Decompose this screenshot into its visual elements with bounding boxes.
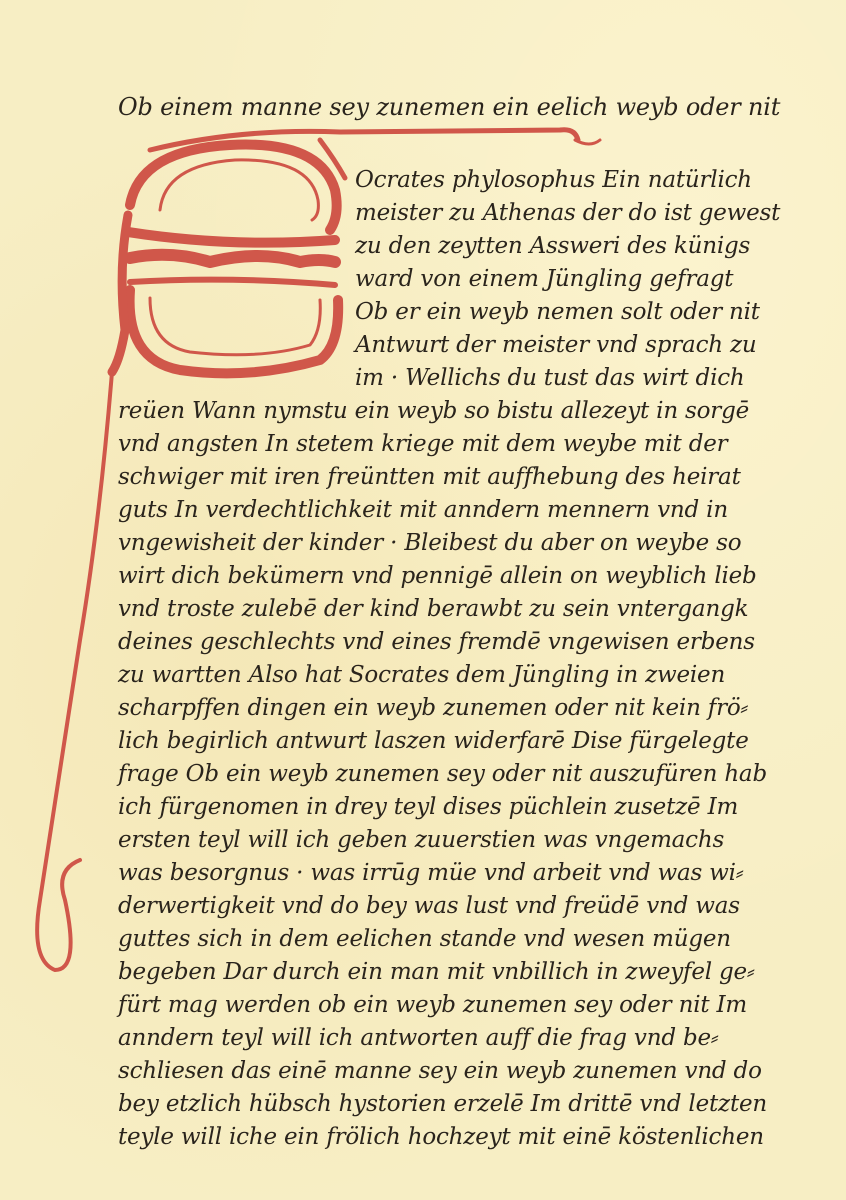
text-line: anndern teyl will ich antworten auff die… [118, 1023, 718, 1053]
text-line: reüen Wann nymstu ein weyb so bistu alle… [118, 396, 749, 426]
text-line: begeben Dar durch ein man mit vnbillich … [118, 957, 754, 987]
text-line: vnd angsten In stetem kriege mit dem wey… [118, 429, 727, 459]
text-line: was besorgnus · was irrūg müe vnd arbeit… [118, 858, 743, 888]
text-line: Ob er ein weyb nemen solt oder nit [355, 297, 760, 327]
text-line: wirt dich bekümern vnd pennigē allein on… [118, 561, 757, 591]
text-line: derwertigkeit vnd do bey was lust vnd fr… [118, 891, 740, 921]
text-line: teyle will iche ein frölich hochzeyt mit… [118, 1122, 764, 1152]
heading: Ob einem manne sey zunemen ein eelich we… [118, 92, 780, 122]
text-line: scharpffen dingen ein weyb zunemen oder … [118, 693, 748, 723]
text-line: lich begirlich antwurt laszen widerfarē … [118, 726, 749, 756]
text-line: zu wartten Also hat Socrates dem Jünglin… [118, 660, 725, 690]
text-line: Ocrates phylosophus Ein natürlich [355, 165, 752, 195]
text-line: vngewisheit der kinder · Bleibest du abe… [118, 528, 741, 558]
text-line: zu den zeytten Assweri des künigs [355, 231, 750, 261]
text-line: im · Wellichs du tust das wirt dich [355, 363, 745, 393]
text-line: guts In verdechtlichkeit mit anndern men… [118, 495, 728, 525]
heading-text: Ob einem manne sey zunemen ein eelich we… [118, 93, 780, 121]
text-line: frage Ob ein weyb zunemen sey oder nit a… [118, 759, 767, 789]
text-line: deines geschlechts vnd eines fremdē vnge… [118, 627, 755, 657]
manuscript-page: Ob einem manne sey zunemen ein eelich we… [0, 0, 846, 1200]
text-line: fürt mag werden ob ein weyb zunemen sey … [118, 990, 747, 1020]
text-line: bey etzlich hübsch hystorien erzelē Im d… [118, 1089, 767, 1119]
text-line: ich fürgenomen in drey teyl dises püchle… [118, 792, 738, 822]
text-line: ward von einem Jüngling gefragt [355, 264, 733, 294]
text-line: schwiger mit iren freüntten mit auffhebu… [118, 462, 741, 492]
text-line: Antwurt der meister vnd sprach zu [355, 330, 757, 360]
text-line: meister zu Athenas der do ist gewest [355, 198, 780, 228]
text-line: schliesen das einē manne sey ein weyb zu… [118, 1056, 762, 1086]
text-line: ersten teyl will ich geben zuuerstien wa… [118, 825, 724, 855]
text-line: vnd troste zulebē der kind berawbt zu se… [118, 594, 748, 624]
text-line: guttes sich in dem eelichen stande vnd w… [118, 924, 731, 954]
